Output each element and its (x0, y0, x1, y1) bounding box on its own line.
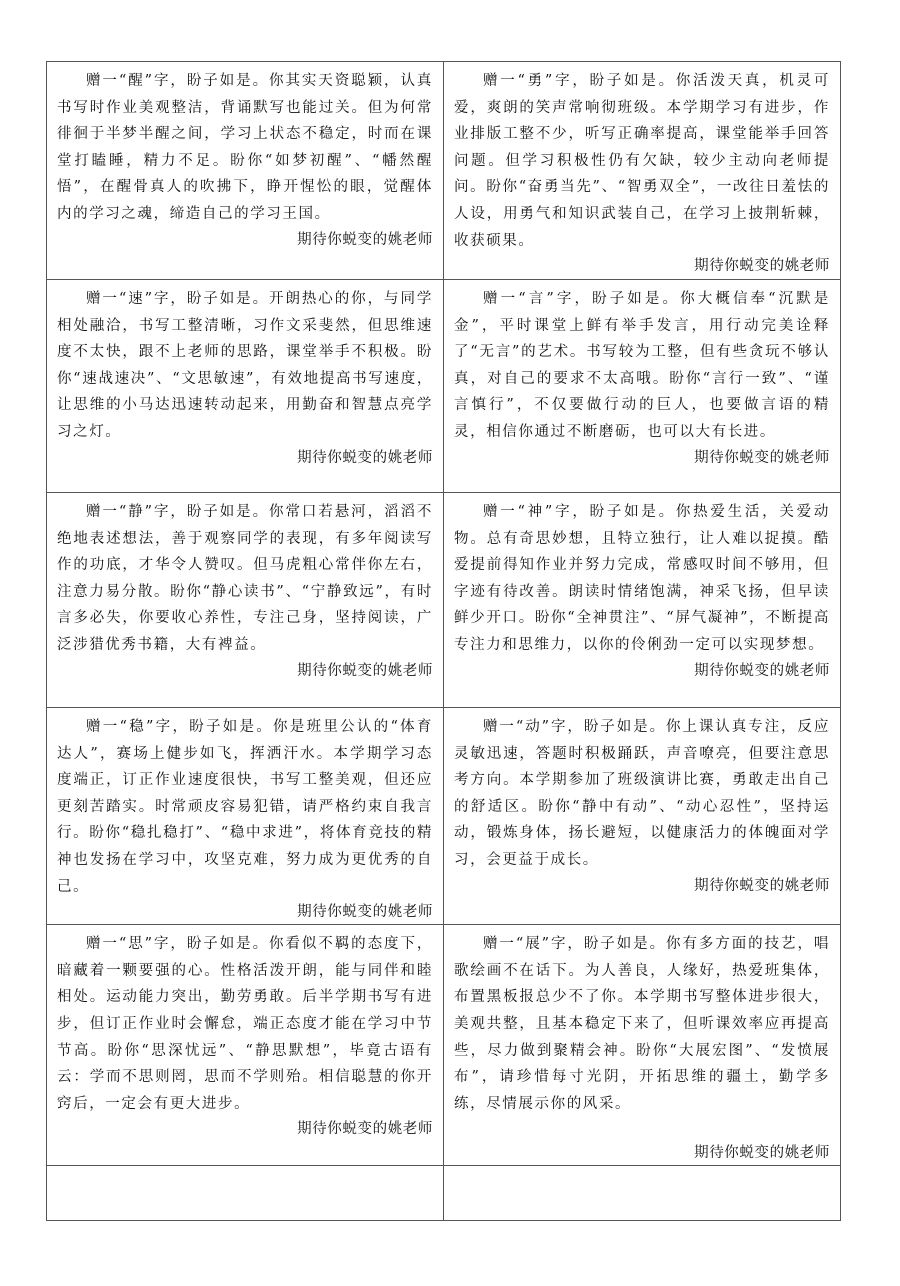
comment-cell-su: 赠一“速”字，盼子如是。开朗热心的你，与同学相处融洽，书写工整清晰，习作文采斐然… (47, 280, 444, 493)
comment-text: 赠一“醒”字，盼子如是。你其实天资聪颖，认真书写时作业美观整洁，背诵默写也能过关… (57, 68, 433, 228)
comment-cell-wen: 赠一“稳”字，盼子如是。你是班里公认的“体育达人”，赛场上健步如飞，挥洒汗水。本… (47, 708, 444, 925)
comment-text: 赠一“稳”字，盼子如是。你是班里公认的“体育达人”，赛场上健步如飞，挥洒汗水。本… (57, 714, 433, 900)
teacher-signature: 期待你蜕变的姚老师 (57, 900, 433, 924)
teacher-signature: 期待你蜕变的姚老师 (454, 446, 830, 470)
teacher-signature: 期待你蜕变的姚老师 (57, 1117, 433, 1141)
table-row (47, 1166, 841, 1221)
comments-table: 赠一“醒”字，盼子如是。你其实天资聪颖，认真书写时作业美观整洁，背诵默写也能过关… (46, 61, 841, 1221)
teacher-signature: 期待你蜕变的姚老师 (57, 659, 433, 683)
comment-text: 赠一“速”字，盼子如是。开朗热心的你，与同学相处融洽，书写工整清晰，习作文采斐然… (57, 286, 433, 446)
table-row: 赠一“醒”字，盼子如是。你其实天资聪颖，认真书写时作业美观整洁，背诵默写也能过关… (47, 62, 841, 280)
table-row: 赠一“静”字，盼子如是。你常口若悬河，滔滔不绝地表述想法，善于观察同学的表现，有… (47, 493, 841, 708)
table-row: 赠一“思”字，盼子如是。你看似不羁的态度下，暗藏着一颗要强的心。性格活泼开朗，能… (47, 925, 841, 1166)
comment-text: 赠一“动”字，盼子如是。你上课认真专注，反应灵敏迅速，答题时积极踊跃，声音嘹亮，… (454, 714, 830, 874)
comment-cell-yong: 赠一“勇”字，盼子如是。你活泼天真，机灵可爱，爽朗的笑声常响彻班级。本学期学习有… (444, 62, 841, 280)
teacher-signature: 期待你蜕变的姚老师 (454, 874, 830, 898)
teacher-signature: 期待你蜕变的姚老师 (57, 228, 433, 252)
teacher-signature: 期待你蜕变的姚老师 (454, 659, 830, 683)
comment-cell-xing: 赠一“醒”字，盼子如是。你其实天资聪颖，认真书写时作业美观整洁，背诵默写也能过关… (47, 62, 444, 280)
comment-cell-jing: 赠一“静”字，盼子如是。你常口若悬河，滔滔不绝地表述想法，善于观察同学的表现，有… (47, 493, 444, 708)
comment-text: 赠一“神”字，盼子如是。你热爱生活，关爱动物。总有奇思妙想，且特立独行，让人难以… (454, 499, 830, 659)
comment-text: 赠一“勇”字，盼子如是。你活泼天真，机灵可爱，爽朗的笑声常响彻班级。本学期学习有… (454, 68, 830, 254)
empty-cell (47, 1166, 444, 1221)
comment-cell-shen: 赠一“神”字，盼子如是。你热爱生活，关爱动物。总有奇思妙想，且特立独行，让人难以… (444, 493, 841, 708)
teacher-signature: 期待你蜕变的姚老师 (454, 254, 830, 278)
teacher-signature: 期待你蜕变的姚老师 (57, 446, 433, 470)
table-row: 赠一“稳”字，盼子如是。你是班里公认的“体育达人”，赛场上健步如飞，挥洒汗水。本… (47, 708, 841, 925)
comment-text: 赠一“静”字，盼子如是。你常口若悬河，滔滔不绝地表述想法，善于观察同学的表现，有… (57, 499, 433, 659)
table-row: 赠一“速”字，盼子如是。开朗热心的你，与同学相处融洽，书写工整清晰，习作文采斐然… (47, 280, 841, 493)
comment-text: 赠一“展”字，盼子如是。你有多方面的技艺，唱歌绘画不在话下。为人善良，人缘好，热… (454, 931, 830, 1117)
comment-cell-si: 赠一“思”字，盼子如是。你看似不羁的态度下，暗藏着一颗要强的心。性格活泼开朗，能… (47, 925, 444, 1166)
comment-text: 赠一“思”字，盼子如是。你看似不羁的态度下，暗藏着一颗要强的心。性格活泼开朗，能… (57, 931, 433, 1117)
comment-cell-dong: 赠一“动”字，盼子如是。你上课认真专注，反应灵敏迅速，答题时积极踊跃，声音嘹亮，… (444, 708, 841, 925)
comment-text: 赠一“言”字，盼子如是。你大概信奉“沉默是金”，平时课堂上鲜有举手发言，用行动完… (454, 286, 830, 446)
comment-cell-zhan: 赠一“展”字，盼子如是。你有多方面的技艺，唱歌绘画不在话下。为人善良，人缘好，热… (444, 925, 841, 1166)
teacher-signature: 期待你蜕变的姚老师 (454, 1141, 830, 1165)
empty-cell (444, 1166, 841, 1221)
comment-cell-yan: 赠一“言”字，盼子如是。你大概信奉“沉默是金”，平时课堂上鲜有举手发言，用行动完… (444, 280, 841, 493)
